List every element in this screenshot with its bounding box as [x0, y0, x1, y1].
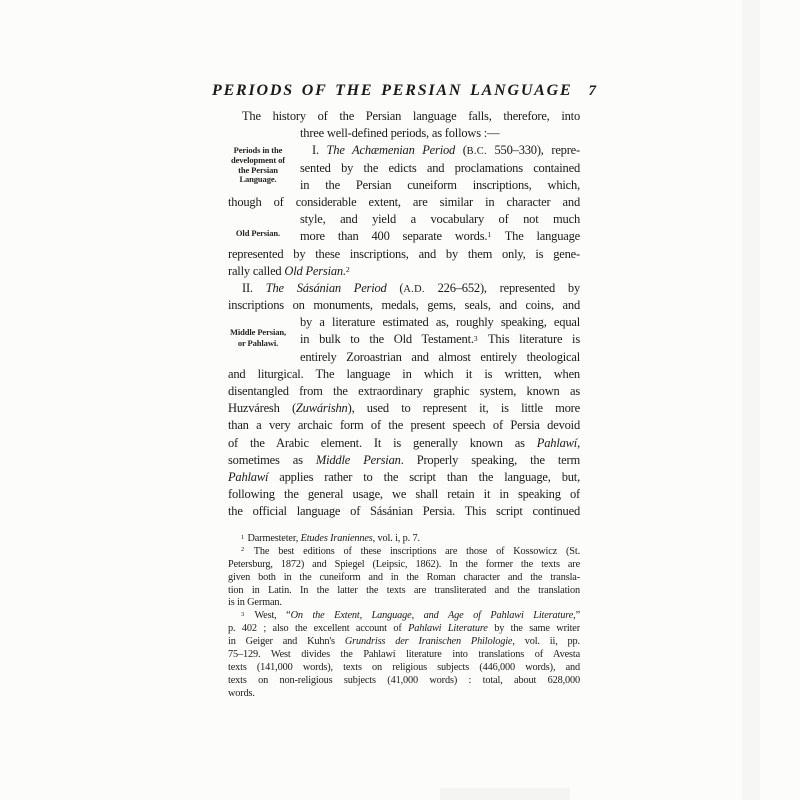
footnote-line: in Geiger and Kuhn's Grundriss der Irani… [228, 636, 580, 649]
page-header: PERIODS OF THE PERSIAN LANGUAGE 7 [214, 82, 594, 100]
footnote-ref: 1 [241, 534, 244, 541]
body-line: The history of the Persian language fall… [228, 108, 580, 125]
footnote-line: given both in the cuneiform and in the R… [228, 572, 580, 585]
footnote-line: 2 The best editions of these inscription… [228, 546, 580, 559]
book-page: PERIODS OF THE PERSIAN LANGUAGE 7 Period… [0, 0, 800, 800]
body-line: rally called Old Persian.2 [228, 263, 580, 280]
body-line: following the general usage, we shall re… [228, 486, 580, 503]
footnote-line: p. 402 ; also the excellent account of P… [228, 623, 580, 636]
body-line: of the Arabic element. It is generally k… [228, 435, 580, 452]
body-line: inscriptions on monuments, medals, gems,… [228, 297, 580, 314]
running-title: PERIODS OF THE PERSIAN LANGUAGE [212, 82, 572, 100]
scan-artifact-right [742, 0, 760, 800]
footnote-line: 75–129. West divides the Pahlawí literat… [228, 649, 580, 662]
body-line: though of considerable extent, are simil… [228, 194, 580, 211]
body-line: more than 400 separate words.1 The langu… [228, 228, 580, 245]
body-line: the official language of Sásánian Persia… [228, 503, 580, 520]
italic-text: Études Iraniennes [301, 533, 373, 544]
body-line: and liturgical. The language in which it… [228, 366, 580, 383]
small-caps-text: B.C. [467, 146, 487, 157]
body-line: in bulk to the Old Testament.3 This lite… [228, 331, 580, 348]
footnote-ref: 3 [474, 334, 478, 343]
body-line: in the Persian cuneiform inscriptions, w… [228, 177, 580, 194]
footnote-ref: 3 [241, 611, 244, 618]
body-line: represented by these inscriptions, and b… [228, 246, 580, 263]
body-line: entirely Zoroastrian and almost entirely… [228, 349, 580, 366]
scan-artifact-bottom [440, 788, 570, 800]
body-line: II. The Sásánian Period (A.D. 226–652), … [228, 280, 580, 297]
italic-text: On the Extent, Language, and Age of Pahl… [291, 610, 574, 621]
footnote-line: Petersburg, 1872) and Spiegel (Leipsic, … [228, 559, 580, 572]
italic-text: Pahlawi Literature [408, 623, 488, 634]
footnote-ref: 2 [241, 546, 244, 553]
italic-text: Zuwárishn [296, 401, 348, 415]
body-line: Huzváresh (Zuwárishn), used to represent… [228, 400, 580, 417]
italic-text: Middle Persian [316, 453, 401, 467]
footnote-line: 3 West, “On the Extent, Language, and Ag… [228, 610, 580, 623]
italic-text: Pahlawí [228, 470, 268, 484]
footnotes: 1 Darmesteter, Études Iraniennes, vol. i… [228, 533, 580, 701]
body-line: Pahlawí applies rather to the script tha… [228, 469, 580, 486]
footnote-line: is in German. [228, 597, 580, 610]
footnote-ref: 1 [487, 230, 491, 239]
footnote-line: texts on non-religious subjects (41,000 … [228, 675, 580, 688]
italic-text: Pahlawí [537, 436, 577, 450]
italic-text: The Sásánian Period [266, 281, 387, 295]
body-line: by a literature estimated as, roughly sp… [228, 314, 580, 331]
footnote-line: 1 Darmesteter, Études Iraniennes, vol. i… [228, 533, 580, 546]
footnote-line: texts (141,000 words), texts on religiou… [228, 662, 580, 675]
body-line: than a very archaic form of the present … [228, 417, 580, 434]
body-line: style, and yield a vocabulary of not muc… [228, 211, 580, 228]
footnote-ref: 2 [346, 265, 350, 274]
body-line: sometimes as Middle Persian. Properly sp… [228, 452, 580, 469]
page-number: 7 [588, 83, 596, 100]
italic-text: Old Persian. [284, 264, 346, 278]
body-text: The history of the Persian language fall… [228, 108, 580, 521]
body-line: disentangled from the extraordinary grap… [228, 383, 580, 400]
italic-text: The Achæmenian Period [327, 143, 456, 157]
footnote-line: tion in Latin. In the latter the texts a… [228, 585, 580, 598]
body-line: I. The Achæmenian Period (B.C. 550–330),… [228, 142, 580, 159]
small-caps-text: A.D. [403, 284, 424, 295]
body-line: sented by the edicts and proclamations c… [228, 160, 580, 177]
italic-text: Grundriss der Iranischen Philologie [345, 636, 512, 647]
body-line: three well-defined periods, as follows :… [228, 125, 580, 142]
footnote-line: words. [228, 688, 580, 701]
